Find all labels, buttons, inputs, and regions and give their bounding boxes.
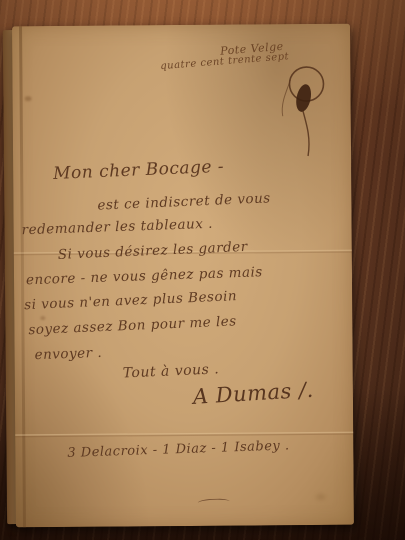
letter-line: encore - ne vous gênez pas mais — [26, 264, 263, 288]
postscript-painting-list: 3 Delacroix - 1 Diaz - 1 Isabey . — [67, 438, 290, 461]
ink-blot-flourish-icon — [280, 50, 333, 160]
closing-line: Tout à vous . — [122, 361, 219, 381]
small-dash-mark — [198, 498, 230, 506]
letter-line: redemander les tableaux . — [21, 216, 213, 239]
paper-stain — [316, 494, 326, 500]
paper-crease — [15, 432, 353, 438]
letter-photograph: Pote Velge quatre cent trente sept Mon c… — [0, 0, 405, 540]
signature: A Dumas /. — [192, 378, 314, 409]
salutation: Mon cher Bocage - — [53, 157, 225, 184]
letter-line: Si vous désirez les garder — [57, 239, 248, 263]
letter-line: envoyer . — [34, 345, 102, 363]
letter-line: est ce indiscret de vous — [97, 190, 271, 213]
paper-stain — [40, 316, 45, 320]
letter-line: si vous n'en avez plus Besoin — [24, 288, 238, 313]
letter-paper: Pote Velge quatre cent trente sept Mon c… — [12, 24, 354, 528]
paper-stain — [25, 96, 32, 101]
letter-line: soyez assez Bon pour me les — [28, 313, 237, 338]
